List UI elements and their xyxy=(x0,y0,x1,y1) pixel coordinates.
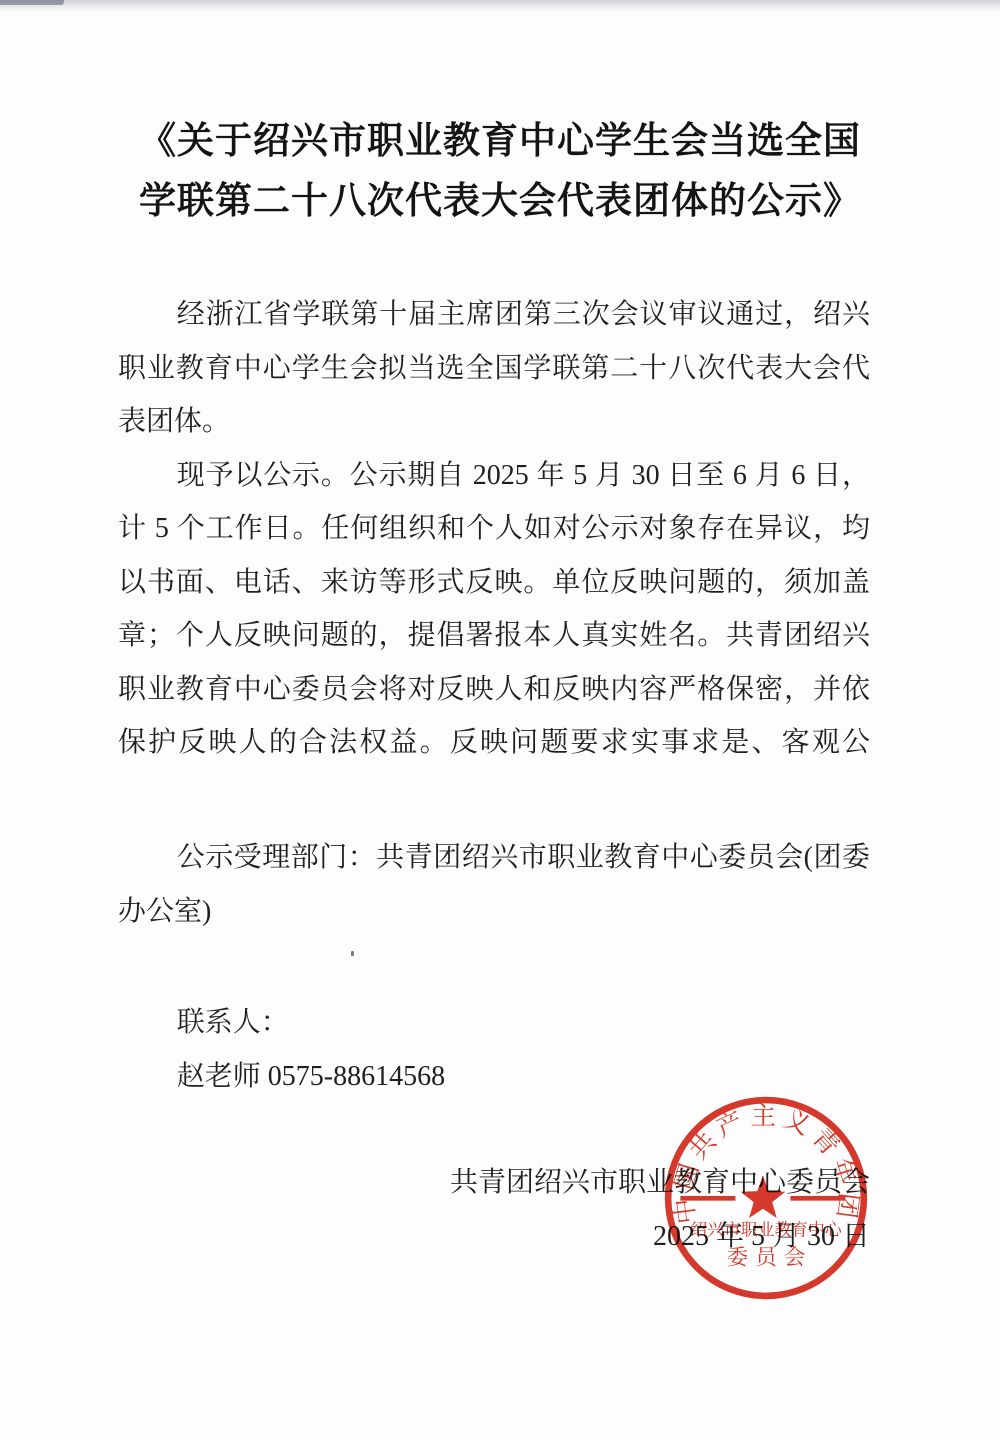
title-line-2: 学联第二十八次代表大会代表团体的公示》 xyxy=(60,172,940,232)
body-line: 职业教育中心学生会拟当选全国学联第二十八次代表大会代 xyxy=(118,342,870,396)
scan-corner-mark xyxy=(0,0,64,5)
body-line: 保护反映人的合法权益。反映问题要求实事求是、客观公正。 xyxy=(118,716,870,770)
acceptance-line: 公示受理部门：共青团绍兴市职业教育中心委员会(团委 xyxy=(118,831,870,885)
document-title: 《关于绍兴市职业教育中心学生会当选全国 学联第二十八次代表大会代表团体的公示》 xyxy=(60,112,940,232)
scan-edge-shadow xyxy=(0,0,1000,12)
body-line: 职业教育中心委员会将对反映人和反映内容严格保密，并依法 xyxy=(118,663,870,717)
official-seal-stamp: 中国共产主义青年团 绍兴市职业教育中心 委员会 xyxy=(662,1094,870,1302)
body-line: 以书面、电话、来访等形式反映。单位反映问题的，须加盖公 xyxy=(118,556,870,610)
seal-bar-right xyxy=(790,1196,845,1201)
acceptance-line: 办公室) xyxy=(118,885,870,939)
body-line: 章；个人反映问题的，提倡署报本人真实姓名。共青团绍兴市 xyxy=(118,609,870,663)
body-line: 表团体。 xyxy=(118,395,870,449)
seal-committee-line: 委员会 xyxy=(727,1245,813,1269)
body-paragraphs: 经浙江省学联第十届主席团第三次会议审议通过，绍兴市 职业教育中心学生会拟当选全国… xyxy=(118,288,870,770)
contact-label: 联系人： xyxy=(118,996,870,1050)
body-line: 现予以公示。公示期自 2025 年 5 月 30 日至 6 月 6 日，共 xyxy=(118,449,870,503)
scan-speck xyxy=(351,951,354,956)
contact-info: 联系人： 赵老师 0575-88614568 xyxy=(118,996,870,1103)
title-line-1: 《关于绍兴市职业教育中心学生会当选全国 xyxy=(60,112,940,172)
announcement-page: 《关于绍兴市职业教育中心学生会当选全国 学联第二十八次代表大会代表团体的公示》 … xyxy=(0,0,1000,1440)
seal-star-icon xyxy=(741,1176,786,1218)
seal-org-line: 绍兴市职业教育中心 xyxy=(690,1221,843,1240)
body-line: 经浙江省学联第十届主席团第三次会议审议通过，绍兴市 xyxy=(118,288,870,342)
body-line: 计 5 个工作日。任何组织和个人如对公示对象存在异议，均可 xyxy=(118,502,870,556)
acceptance-department: 公示受理部门：共青团绍兴市职业教育中心委员会(团委 办公室) xyxy=(118,831,870,938)
seal-bar-left xyxy=(680,1196,735,1201)
